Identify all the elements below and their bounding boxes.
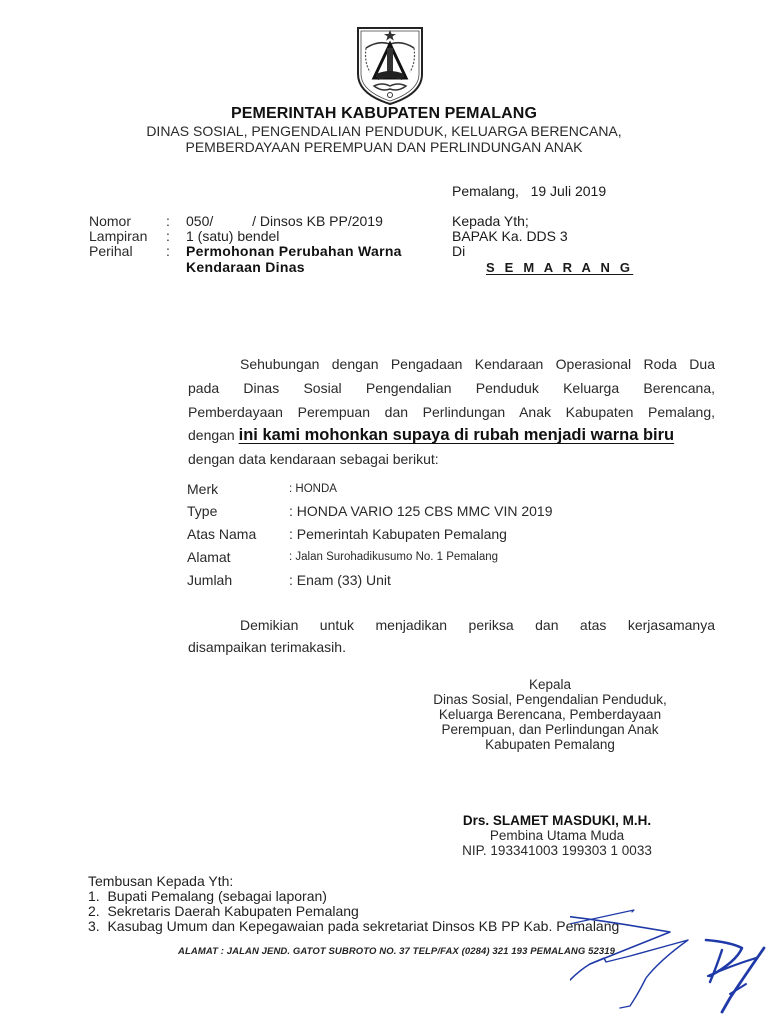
cc-item: 1. Bupati Pemalang (sebagai laporan) (88, 888, 327, 904)
attachment-value: 1 (satu) bendel (186, 228, 279, 244)
body-line5: dengan data kendaraan sebagai berikut: (188, 451, 715, 467)
signatory-position: Kabupaten Pemalang (380, 737, 720, 752)
vehicle-value: : Jalan Surohadikusumo No. 1 Pemalang (289, 551, 498, 563)
signatory-name: Drs. SLAMET MASDUKI, M.H. (387, 813, 727, 828)
regency-coat-of-arms-icon (352, 22, 428, 106)
vehicle-label: Alamat (187, 549, 231, 565)
recipient-di: Di (452, 243, 465, 259)
body-line3: Pemberdayaan Perempuan dan Perlindungan … (188, 404, 715, 420)
signatory-rank: Pembina Utama Muda (387, 828, 727, 843)
body-line4-prefix: dengan (188, 427, 239, 443)
vehicle-label: Jumlah (187, 572, 232, 588)
closing-line2: disampaikan terimakasih. (188, 639, 715, 655)
subject-line1: Permohonan Perubahan Warna (186, 243, 402, 259)
body-line1: Sehubungan dengan Pengadaan Kendaraan Op… (188, 356, 715, 372)
footer-address: ALAMAT : JALAN JEND. GATOT SUBROTO NO. 3… (178, 946, 615, 957)
vehicle-value: : Enam (33) Unit (289, 572, 391, 588)
signatory-nip: NIP. 193341003 199303 1 0033 (387, 843, 727, 858)
cc-heading: Tembusan Kepada Yth: (88, 873, 233, 889)
meta-label-lampiran: Lampiran (89, 228, 147, 244)
meta-label-perihal: Perihal (89, 243, 133, 259)
letter-number: 050/ / Dinsos KB PP/2019 (186, 213, 383, 229)
meta-colon: : (166, 243, 170, 259)
cc-item: 3. Kasubag Umum dan Kepegawaian pada sek… (88, 918, 619, 934)
vehicle-label: Type (187, 503, 217, 519)
subject-line2: Kendaraan Dinas (186, 259, 305, 275)
agency-subtitle-line1: DINAS SOSIAL, PENGENDALIAN PENDUDUK, KEL… (0, 123, 768, 139)
recipient-salutation: Kepada Yth; (452, 213, 529, 229)
body-line2: pada Dinas Sosial Pengendalian Penduduk … (188, 380, 715, 396)
agency-title: PEMERINTAH KABUPATEN PEMALANG (0, 105, 768, 123)
cc-item: 2. Sekretaris Daerah Kabupaten Pemalang (88, 903, 359, 919)
vehicle-value: : HONDA VARIO 125 CBS MMC VIN 2019 (289, 503, 553, 519)
body-line4: dengan ini kami mohonkan supaya di rubah… (188, 426, 715, 445)
place-date: Pemalang, 19 Juli 2019 (452, 183, 606, 199)
signatory-position: Keluarga Berencana, Pemberdayaan (380, 707, 720, 722)
vehicle-label: Atas Nama (187, 526, 256, 542)
meta-label-nomor: Nomor (89, 213, 131, 229)
meta-colon: : (166, 213, 170, 229)
request-emphasis: ini kami mohonkan supaya di rubah menjad… (239, 426, 675, 444)
recipient-city: S E M A R A N G (486, 260, 633, 275)
meta-colon: : (166, 228, 170, 244)
closing-line1: Demikian untuk menjadikan periksa dan at… (188, 617, 715, 633)
agency-subtitle-line2: PEMBERDAYAAN PEREMPUAN DAN PERLINDUNGAN … (0, 139, 768, 155)
vehicle-value: : Pemerintah Kabupaten Pemalang (289, 526, 507, 542)
signatory-position: Perempuan, dan Perlindungan Anak (380, 722, 720, 737)
vehicle-label: Merk (187, 481, 218, 497)
signatory-position: Kepala (380, 677, 720, 692)
signatory-position: Dinas Sosial, Pengendalian Penduduk, (380, 692, 720, 707)
vehicle-value: : HONDA (289, 483, 337, 495)
handwritten-signature-icon (570, 900, 768, 1024)
recipient-name: BAPAK Ka. DDS 3 (452, 228, 568, 244)
